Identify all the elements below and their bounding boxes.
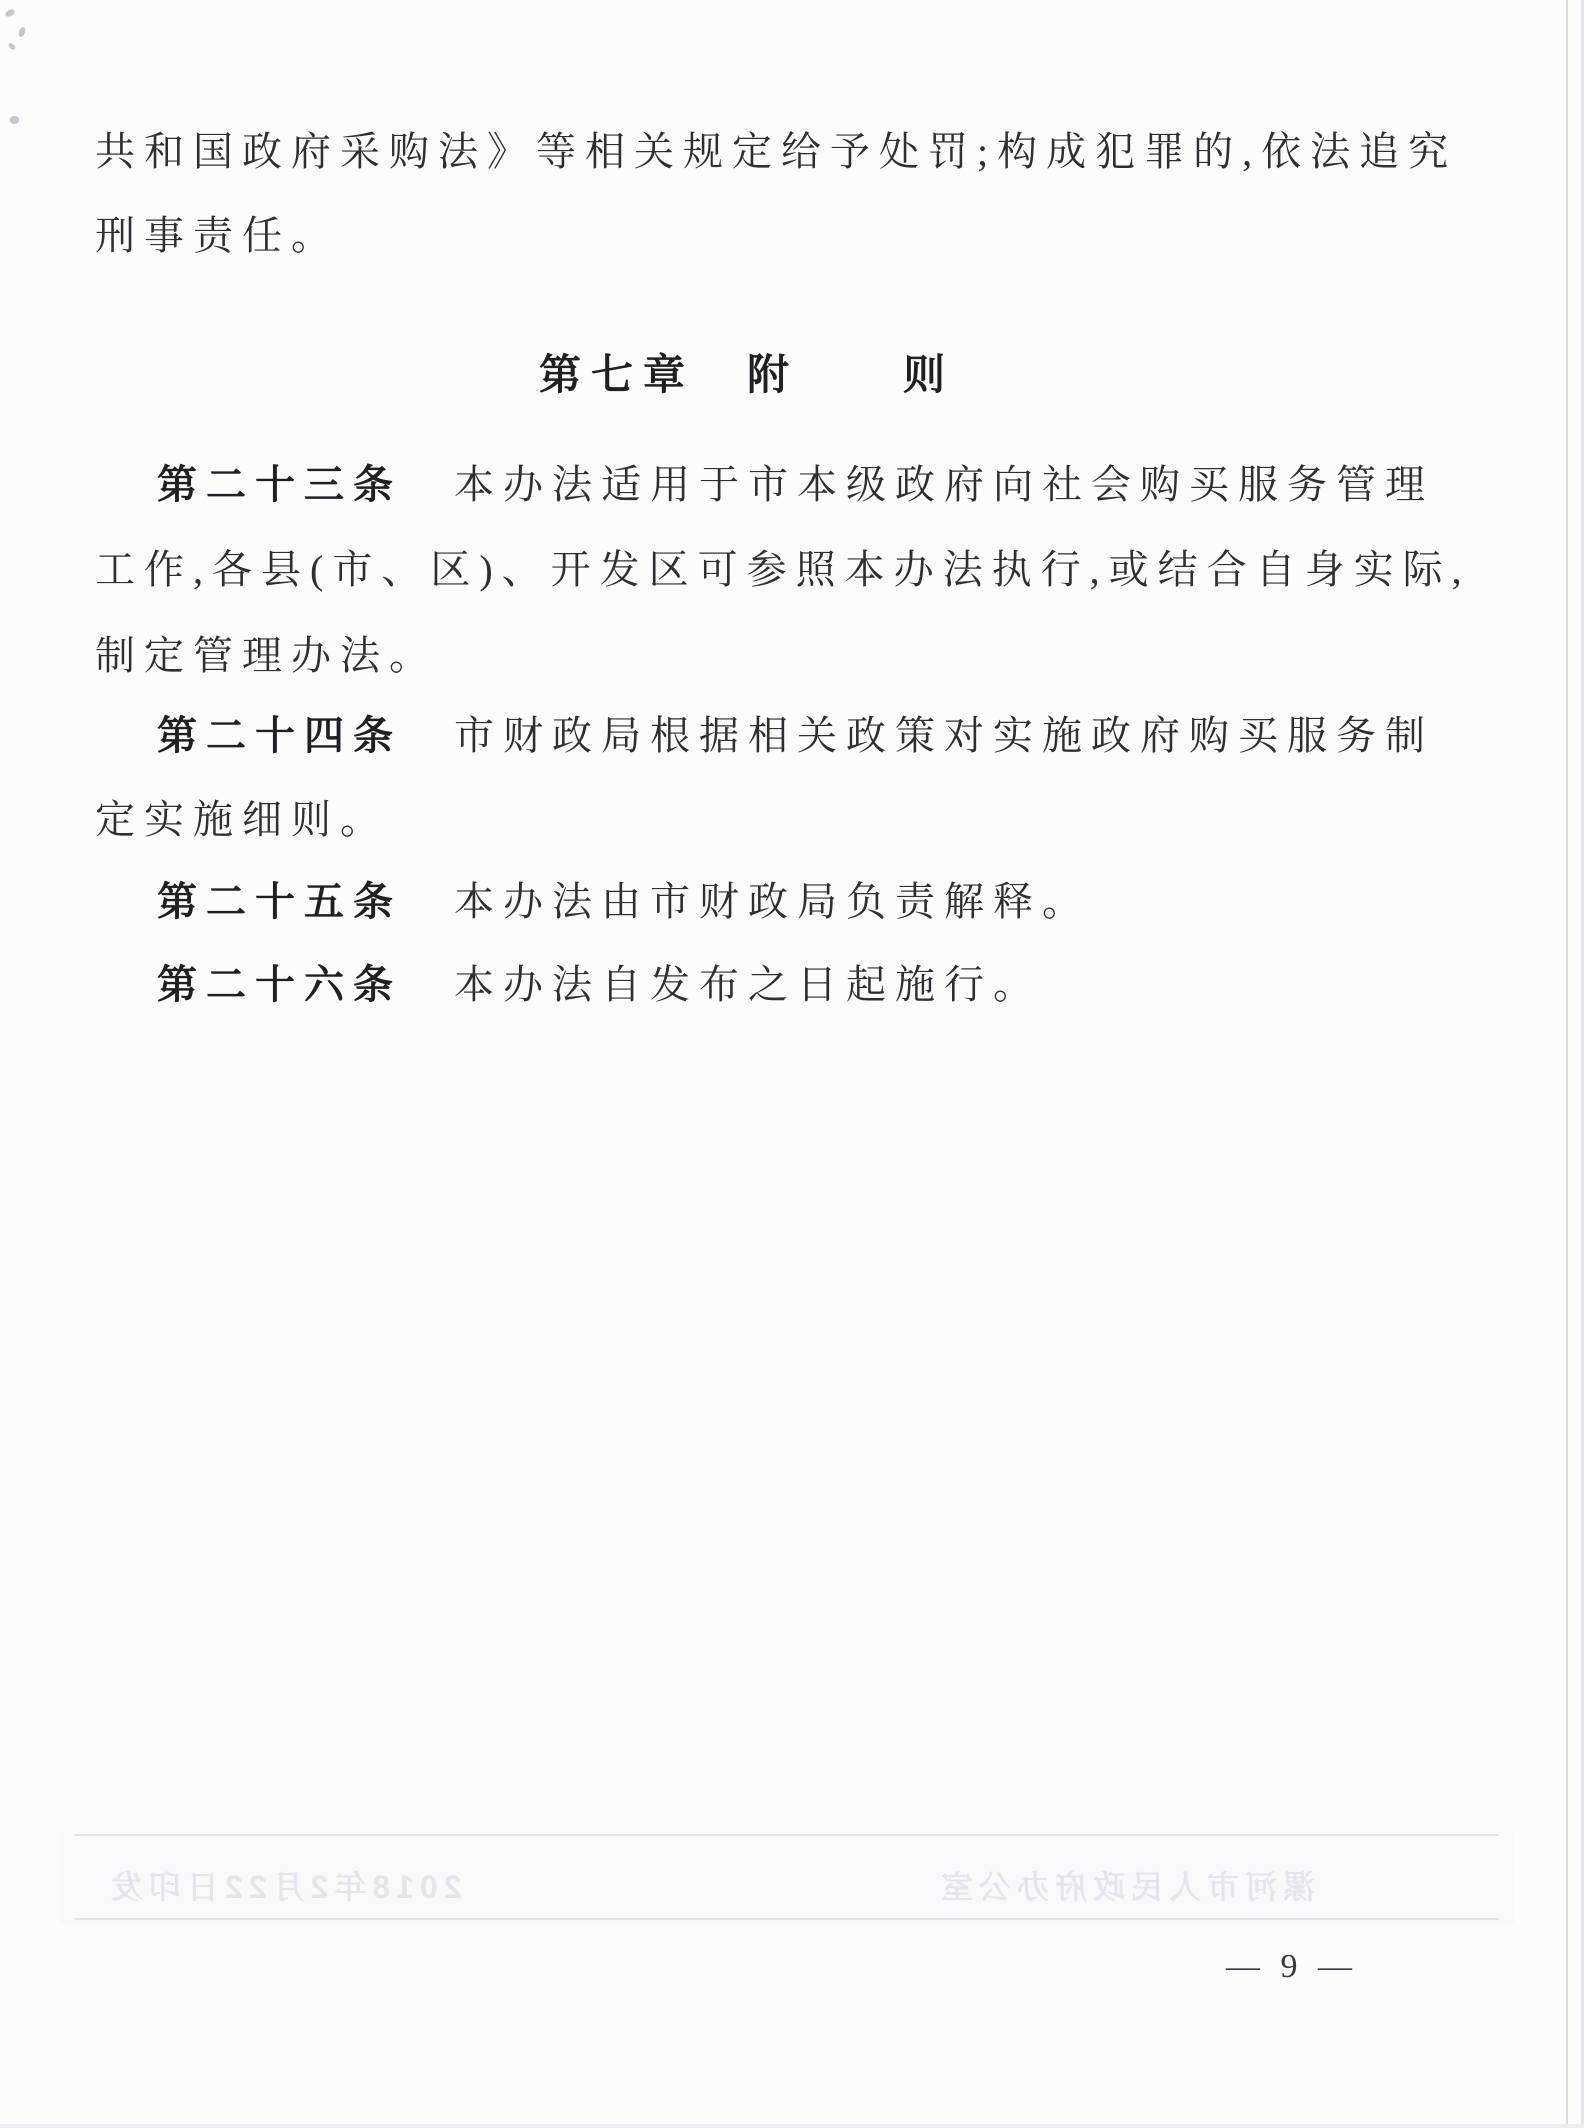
scanned-document-page: 共和国政府采购法》等相关规定给予处罚;构成犯罪的,依法追究 刑事责任。 第七章 …	[0, 0, 1584, 2128]
body-line-intro-1: 共和国政府采购法》等相关规定给予处罚;构成犯罪的,依法追究	[95, 130, 1457, 174]
scan-speck	[7, 42, 16, 51]
article-23-text: 本办法适用于市本级政府向社会购买服务管理	[454, 462, 1434, 507]
page-number: — 9 —	[1226, 1948, 1358, 1986]
scan-edge-bottom	[0, 2124, 1584, 2128]
showthrough-rule-top	[75, 1834, 1499, 1836]
article-25-text: 本办法由市财政局负责解释。	[454, 879, 1091, 924]
scan-speck	[18, 26, 27, 37]
article-23-line-2: 工作,各县(市、区)、开发区可参照本办法执行,或结合自身实际,	[95, 548, 1471, 592]
article-23-number: 第二十三条	[157, 463, 402, 507]
article-23-line-1: 第二十三条本办法适用于市本级政府向社会购买服务管理	[157, 463, 1434, 507]
article-25-line-1: 第二十五条本办法由市财政局负责解释。	[157, 880, 1091, 924]
scan-speck	[4, 8, 16, 18]
paper-edge-right	[1566, 0, 1568, 2128]
article-26-line-1: 第二十六条本办法自发布之日起施行。	[157, 963, 1042, 1007]
scan-speck	[10, 116, 19, 124]
article-26-text: 本办法自发布之日起施行。	[454, 962, 1042, 1007]
article-23-line-3: 制定管理办法。	[95, 634, 438, 678]
article-25-number: 第二十五条	[157, 880, 402, 924]
showthrough-date-mirrored: 2018年2月22日印发	[105, 1862, 462, 1908]
article-24-text: 市财政局根据相关政策对实施政府购买服务制	[454, 713, 1434, 758]
article-24-number: 第二十四条	[157, 714, 402, 758]
body-line-intro-2: 刑事责任。	[95, 214, 340, 258]
article-24-line-1: 第二十四条市财政局根据相关政策对实施政府购买服务制	[157, 714, 1434, 758]
article-24-line-2: 定实施细则。	[95, 798, 389, 842]
showthrough-rule-bottom	[75, 1918, 1499, 1920]
chapter-heading: 第七章 附 则	[0, 342, 1494, 402]
showthrough-office-mirrored: 漯河市人民政府办公室	[935, 1862, 1315, 1908]
article-26-number: 第二十六条	[157, 963, 402, 1007]
